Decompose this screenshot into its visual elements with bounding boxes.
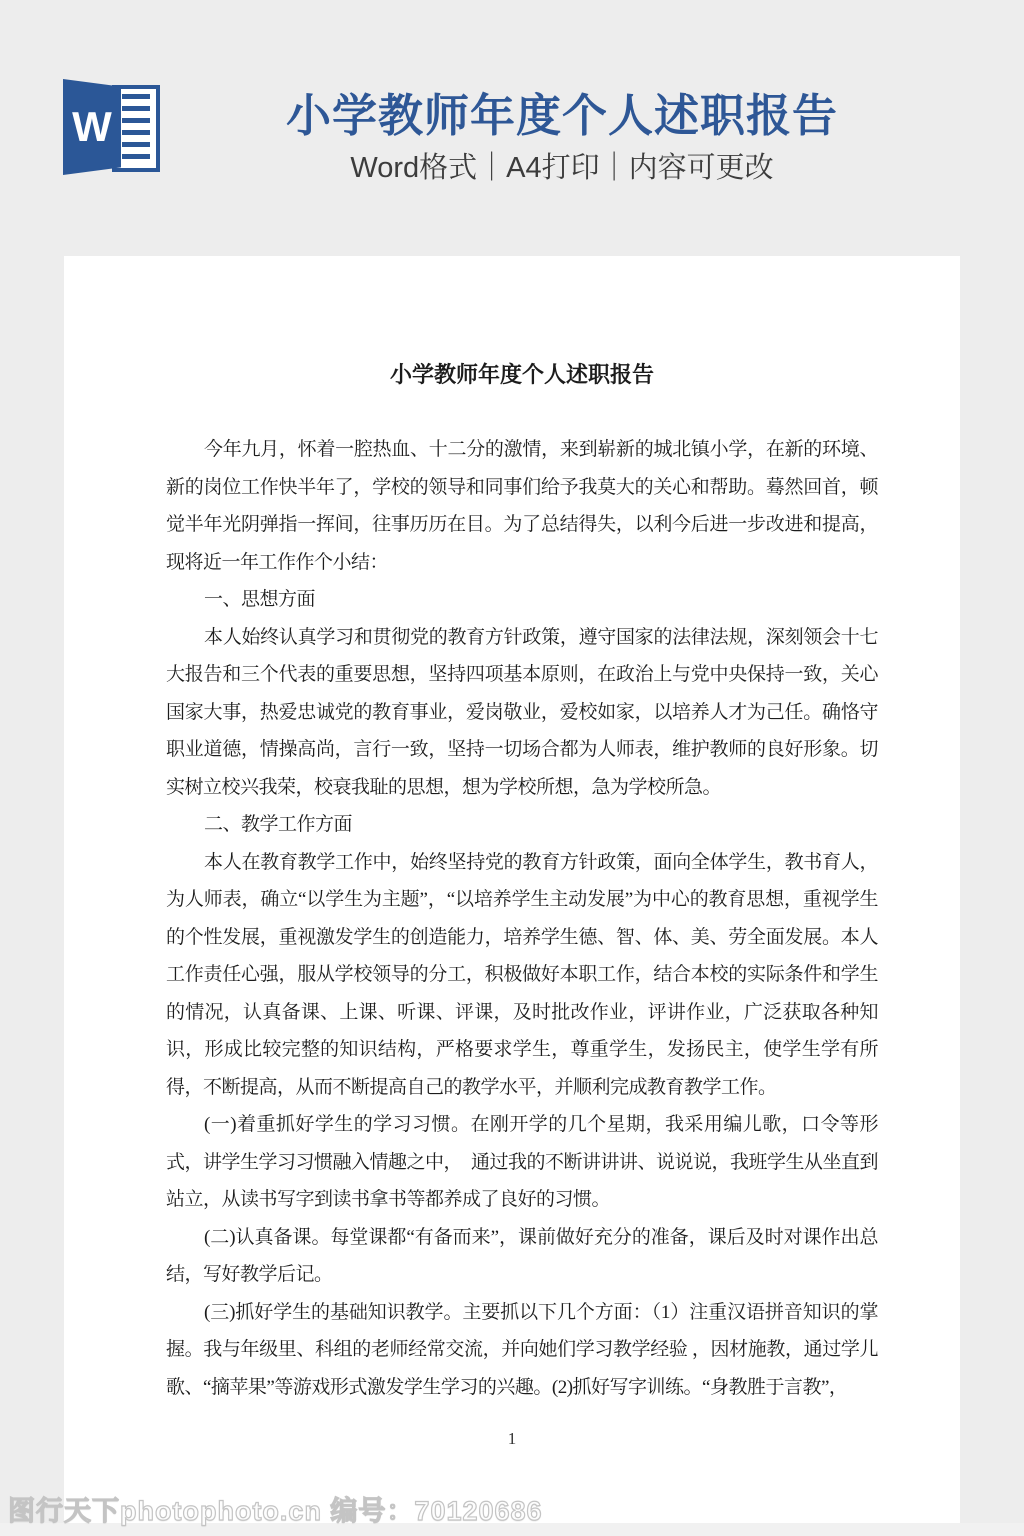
paragraph: 今年九月，怀着一腔热血、十二分的激情，来到崭新的城北镇小学，在新的环境、新的岗位… <box>166 431 878 581</box>
document-page: 小学教师年度个人述职报告 今年九月，怀着一腔热血、十二分的激情，来到崭新的城北镇… <box>64 256 960 1523</box>
page-number: 1 <box>64 1429 960 1449</box>
document-title: 小学教师年度个人述职报告 <box>166 356 878 394</box>
watermark-text: 图行天下photophoto.cn 编号：70120686 <box>8 1489 543 1528</box>
document-body: 今年九月，怀着一腔热血、十二分的激情，来到崭新的城北镇小学，在新的环境、新的岗位… <box>166 431 878 1406</box>
paragraph: (三)抓好学生的基础知识教学。主要抓以下几个方面：（1）注重汉语拼音知识的掌握。… <box>166 1294 878 1407</box>
header-text-block: 小学教师年度个人述职报告 Word格式｜A4打印｜内容可更改 <box>100 92 1024 184</box>
template-title: 小学教师年度个人述职报告 <box>100 92 1024 140</box>
paragraph: 二、教学工作方面 <box>166 806 878 844</box>
template-header: W 小学教师年度个人述职报告 Word格式｜A4打印｜内容可更改 <box>0 0 1024 256</box>
template-preview-canvas: W 小学教师年度个人述职报告 Word格式｜A4打印｜内容可更改 小学教师年度个… <box>0 0 1024 1536</box>
template-subtitle: Word格式｜A4打印｜内容可更改 <box>100 152 1024 184</box>
paragraph: 一、思想方面 <box>166 581 878 619</box>
paragraph: 本人在教育教学工作中，始终坚持党的教育方针政策，面向全体学生，教书育人，为人师表… <box>166 844 878 1107</box>
paragraph: (二)认真备课。每堂课都“有备而来”，课前做好充分的准备，课后及时对课作出总结，… <box>166 1219 878 1294</box>
paragraph: 本人始终认真学习和贯彻党的教育方针政策，遵守国家的法律法规，深刻领会十七大报告和… <box>166 619 878 807</box>
paragraph: (一)着重抓好学生的学习习惯。在刚开学的几个星期，我采用编儿歌，口令等形式，讲学… <box>166 1106 878 1219</box>
